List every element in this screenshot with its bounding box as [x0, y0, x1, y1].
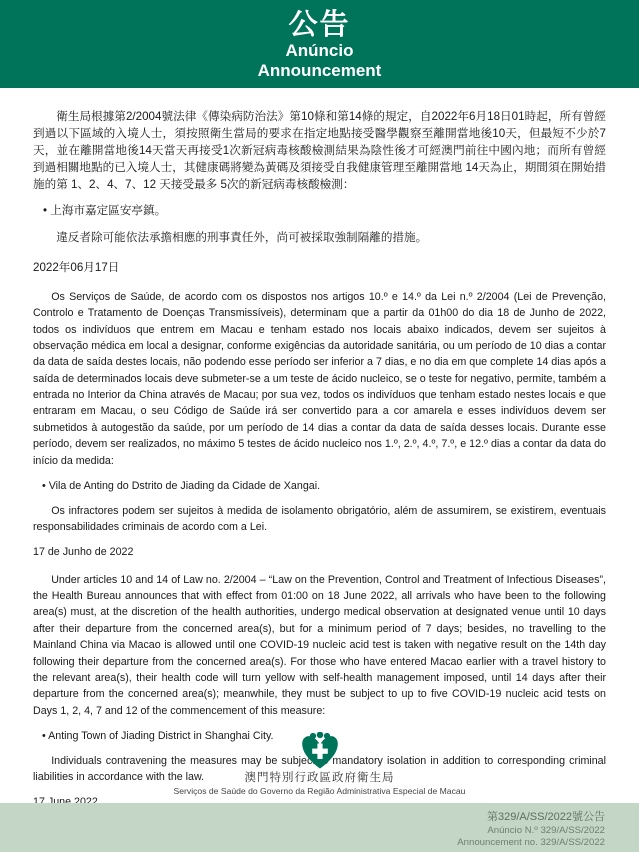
- chinese-location-bullet: • 上海市嘉定區安亭鎮。: [43, 203, 606, 220]
- portuguese-date: 17 de Junho de 2022: [33, 546, 606, 558]
- reference-number-chinese: 第329/A/SS/2022號公告: [0, 810, 605, 825]
- header-banner: 公告 Anúncio Announcement: [0, 0, 639, 88]
- portuguese-penalty-clause: Os infractores podem ser sujeitos à medi…: [33, 503, 606, 536]
- portuguese-location-bullet: • Vila de Anting do Dstrito de Jiading d…: [42, 478, 606, 494]
- page-title-english: Announcement: [258, 61, 382, 81]
- chinese-penalty-clause: 違反者除可能依法承擔相應的刑事責任外，尚可被採取強制隔離的措施。: [33, 230, 606, 247]
- page-title-chinese: 公告: [288, 10, 350, 42]
- organization-name-portuguese: Serviços de Saúde do Governo da Região A…: [174, 786, 466, 797]
- chinese-date: 2022年06月17日: [33, 259, 606, 275]
- page-title-portuguese: Anúncio: [286, 41, 354, 61]
- issuing-organization-block: 澳門特別行政區政府衛生局 Serviços de Saúde do Govern…: [0, 732, 639, 800]
- reference-number-english: Announcement no. 329/A/SS/2022: [0, 837, 605, 849]
- announcement-page: 公告 Anúncio Announcement 衛生局根據第2/2004號法律《…: [0, 0, 639, 852]
- reference-number-portuguese: Anúncio N.º 329/A/SS/2022: [0, 825, 605, 837]
- english-announcement-paragraph: Under articles 10 and 14 of Law no. 2/20…: [33, 572, 606, 719]
- portuguese-announcement-paragraph: Os Serviços de Saúde, de acordo com os d…: [33, 289, 606, 469]
- organization-name-chinese: 澳門特別行政區政府衛生局: [245, 772, 395, 786]
- health-bureau-heart-cross-icon: [300, 732, 340, 770]
- chinese-announcement-paragraph: 衛生局根據第2/2004號法律《傳染病防治法》第10條和第14條的規定，自202…: [33, 108, 606, 193]
- document-body: 衛生局根據第2/2004號法律《傳染病防治法》第10條和第14條的規定，自202…: [0, 88, 639, 808]
- reference-number-strip: 第329/A/SS/2022號公告 Anúncio N.º 329/A/SS/2…: [0, 803, 639, 852]
